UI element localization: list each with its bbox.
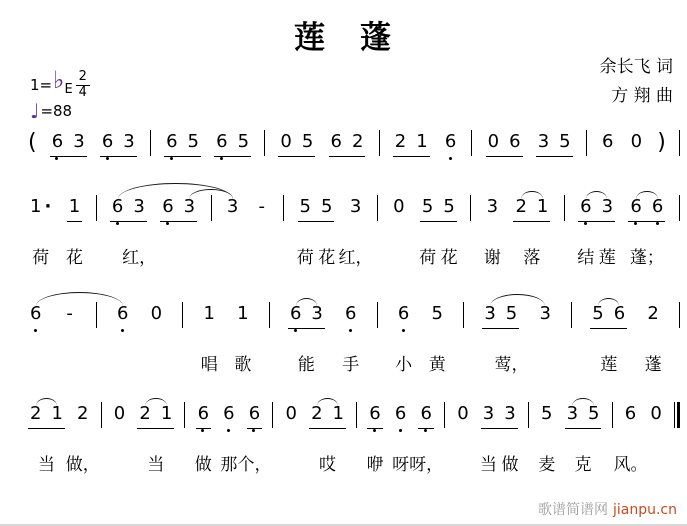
beam-group: 63: [100, 131, 137, 157]
note: 6: [630, 196, 641, 218]
slur-arc: [572, 398, 593, 406]
note: 6: [369, 403, 380, 425]
note: 3: [350, 196, 361, 218]
dash-extension: -: [62, 303, 78, 325]
note: 3: [227, 196, 238, 218]
slur-arc: [490, 294, 545, 306]
note: 6: [331, 131, 342, 153]
beat: 6: [600, 131, 615, 156]
slur-arc: [296, 298, 317, 306]
lyric-syllable: 黄: [429, 350, 446, 375]
note: 6: [30, 303, 41, 325]
lyric-syllable: 小: [395, 350, 412, 375]
beam-group: 21: [513, 196, 550, 222]
beam-group: 63: [288, 303, 325, 329]
note-number: 6: [630, 196, 641, 217]
note-number: 3: [567, 403, 578, 424]
barline: [463, 302, 464, 328]
barline: [564, 195, 565, 221]
note-number: 6: [30, 303, 41, 324]
close-paren: ): [657, 131, 666, 155]
song-title: 莲 蓬: [0, 12, 687, 57]
octave-dot: [106, 157, 109, 160]
slur-arc: [36, 398, 57, 406]
note: 0: [631, 131, 642, 153]
beat: 6: [343, 303, 358, 328]
beam-group: 21: [28, 403, 65, 429]
barline: [679, 302, 680, 328]
note: 2: [647, 303, 658, 325]
beat: 3: [537, 303, 552, 328]
octave-dot: [402, 329, 405, 332]
lyric-syllable: 呀，: [409, 450, 443, 475]
note-number: 3: [227, 196, 238, 217]
beam-group: 56: [590, 303, 627, 329]
score-line-3: 6-601163665353562唱歌能手小黄莺，莲蓬: [28, 303, 680, 374]
note-number: 3: [602, 196, 613, 217]
barline: [272, 402, 273, 428]
note-number: 5: [541, 403, 552, 424]
note: 5: [443, 196, 454, 218]
note: 0: [393, 196, 404, 218]
note-row: 1·163633-5530553216366: [28, 196, 680, 230]
beat: 3: [225, 196, 240, 221]
note: 3: [567, 403, 578, 425]
lyric-syllable: 咿: [366, 450, 383, 475]
beat: 0: [629, 131, 644, 156]
beam-group: 21: [309, 403, 346, 429]
note-number: 6: [580, 196, 591, 217]
note: 6: [420, 403, 431, 425]
lyric-syllable: 做: [501, 450, 518, 475]
note: 6: [52, 131, 63, 153]
barline: [184, 402, 185, 428]
beam-group: 63: [160, 196, 197, 222]
beam-group: 6: [247, 403, 262, 429]
lyric-syllable: 歌: [234, 350, 251, 375]
barline: [674, 402, 675, 428]
lyric-syllable: 做: [195, 450, 212, 475]
note-number: 3: [538, 131, 549, 152]
slur-arc: [36, 292, 123, 306]
octave-dot: [252, 429, 255, 432]
barline: [150, 130, 151, 156]
note-number: 6: [509, 131, 520, 152]
note-number: 1: [333, 403, 344, 424]
barline: [679, 130, 680, 156]
note: 6: [509, 131, 520, 153]
note: 2: [395, 131, 406, 153]
beat: 6: [221, 403, 236, 428]
note: 2: [77, 403, 88, 425]
note: 3: [123, 131, 134, 153]
note: 3: [133, 196, 144, 218]
note-number: 6: [249, 403, 260, 424]
note-number: 6: [614, 303, 625, 324]
note: 6: [395, 403, 406, 425]
note-number: 3: [133, 196, 144, 217]
note-number: 6: [223, 403, 234, 424]
beat: 5: [539, 403, 554, 428]
note: 6: [602, 131, 613, 153]
barline: [571, 302, 572, 328]
note-number: 1: [30, 196, 41, 217]
note-number: 3: [123, 131, 134, 152]
beat: 6: [396, 303, 411, 328]
note-number: 3: [483, 403, 494, 424]
beam-group: 63: [50, 131, 87, 157]
barline: [96, 195, 97, 221]
note-number: 0: [114, 403, 125, 424]
beat: 1: [201, 303, 216, 328]
note-number: 1: [416, 131, 427, 152]
note-number: 6: [345, 303, 356, 324]
barline: [264, 130, 265, 156]
lyric-syllable: 呀: [392, 450, 409, 475]
octave-dot: [373, 429, 376, 432]
note: 5: [321, 196, 332, 218]
note: 0: [285, 403, 296, 425]
note-number: 2: [30, 403, 41, 424]
octave-dot: [121, 329, 124, 332]
note: 2: [139, 403, 150, 425]
note: 1: [333, 403, 344, 425]
note-number: 2: [311, 403, 322, 424]
barline: [586, 130, 587, 156]
note-number: 3: [484, 303, 495, 324]
note-number: 6: [398, 303, 409, 324]
note-number: 1: [237, 303, 248, 324]
lyric-syllable: 莺，: [495, 350, 529, 375]
note-row: 21202166602166603353560: [28, 403, 680, 437]
note: 5: [238, 131, 249, 153]
lyric-syllable: 花: [318, 243, 335, 268]
note: 6: [625, 403, 636, 425]
octave-dot: [166, 222, 169, 225]
beam-group: 1: [67, 196, 82, 222]
note-number: 6: [102, 131, 113, 152]
note: 6: [398, 303, 409, 325]
beat: 6: [623, 403, 638, 428]
barline: [269, 302, 270, 328]
beam-group: 35: [482, 303, 519, 329]
note-number: 2: [647, 303, 658, 324]
note: 5: [422, 196, 433, 218]
note-number: 1: [161, 403, 172, 424]
note: 1: [51, 403, 62, 425]
note: 1: [203, 303, 214, 325]
beam-group: 35: [565, 403, 602, 429]
barline: [379, 130, 380, 156]
note-number: 2: [515, 196, 526, 217]
beat: 5: [430, 303, 445, 328]
lyric-syllable: 蓬: [645, 350, 662, 375]
note-number: 3: [504, 403, 515, 424]
octave-dot: [634, 222, 637, 225]
barline: [283, 195, 284, 221]
note: 1: [69, 196, 80, 218]
note-number: 3: [73, 131, 84, 152]
note: 6: [652, 196, 663, 218]
note: 3: [504, 403, 515, 425]
note: 5: [302, 131, 313, 153]
beam-group: 6: [418, 403, 433, 429]
lyric-syllable: 手: [342, 350, 359, 375]
beam-group: 55: [298, 196, 335, 222]
note: 1: [537, 196, 548, 218]
beam-group: 21: [393, 131, 430, 157]
note: 1·: [30, 196, 51, 218]
key-letter: E: [64, 82, 72, 97]
note-number: 1: [69, 196, 80, 217]
beat: 6: [443, 131, 458, 156]
beam-group: 65: [214, 131, 251, 157]
note: 3: [483, 403, 494, 425]
lyric-syllable: 当: [480, 450, 497, 475]
beam-group: 21: [137, 403, 174, 429]
lyric-syllable: 花: [66, 243, 83, 268]
tempo-marking: ♩ =88: [30, 99, 72, 123]
octave-dot: [227, 429, 230, 432]
octave-dot: [294, 329, 297, 332]
lyric-syllable: 哎: [319, 450, 336, 475]
note: 3: [602, 196, 613, 218]
note: 6: [216, 131, 227, 153]
note: 0: [114, 403, 125, 425]
note: 5: [541, 403, 552, 425]
lyric-syllable: 能: [298, 350, 315, 375]
lyric-syllable: 荷: [419, 243, 436, 268]
note: 6: [117, 303, 128, 325]
lyric-row: 当做，当做那个，哎咿呀呀，当做麦克风。: [28, 450, 680, 474]
augmentation-dot: ·: [44, 196, 51, 217]
note: 5: [559, 131, 570, 153]
beam-group: 55: [420, 196, 457, 222]
beat: 0: [112, 403, 127, 428]
beat: 0: [455, 403, 470, 428]
barline: [528, 402, 529, 428]
meter-numerator: 2: [76, 70, 90, 85]
note-number: 0: [151, 303, 162, 324]
note: 5: [506, 303, 517, 325]
note: 6: [223, 403, 234, 425]
final-barline: [674, 402, 680, 428]
note: 0: [280, 131, 291, 153]
beat: 2: [645, 303, 660, 328]
note-number: 0: [285, 403, 296, 424]
lyric-syllable: 落: [523, 243, 540, 268]
note: 6: [614, 303, 625, 325]
beat: 0: [149, 303, 164, 328]
note: 3: [539, 303, 550, 325]
note: 3: [484, 303, 495, 325]
note-number: 5: [422, 196, 433, 217]
beam-group: 63: [578, 196, 615, 222]
note-number: 3: [350, 196, 361, 217]
note: 3: [538, 131, 549, 153]
lyric-syllable: 那: [220, 450, 237, 475]
note-number: 6: [331, 131, 342, 152]
note: 6: [580, 196, 591, 218]
note: 6: [112, 196, 123, 218]
meter-denominator: 4: [79, 86, 87, 100]
note-row: 6-601163665353562: [28, 303, 680, 337]
note: 0: [488, 131, 499, 153]
note-number: 2: [77, 403, 88, 424]
lyric-syllable: 莲: [599, 243, 616, 268]
note: 2: [30, 403, 41, 425]
octave-dot: [220, 157, 223, 160]
note-number: 2: [395, 131, 406, 152]
note-number: 0: [650, 403, 661, 424]
note-number: 6: [52, 131, 63, 152]
note-number: 0: [280, 131, 291, 152]
note: 6: [249, 403, 260, 425]
beat: 0: [391, 196, 406, 221]
sheet-music-page: 莲 蓬 余长飞 词 方 翔 曲 1= ♭ E 2 4 ♩ =88 (636365…: [0, 0, 687, 526]
note: 6: [290, 303, 301, 325]
note-number: 5: [300, 196, 311, 217]
beam-group: 05: [278, 131, 315, 157]
barline: [470, 195, 471, 221]
lyric-syllable: 莲: [600, 350, 617, 375]
open-paren: (: [28, 131, 37, 155]
key-signature: 1= ♭ E 2 4: [30, 70, 90, 100]
note-number: 0: [393, 196, 404, 217]
note-number: 5: [506, 303, 517, 324]
beam-group: 63: [110, 196, 147, 222]
note: 0: [457, 403, 468, 425]
note-number: 3: [184, 196, 195, 217]
beat: 6: [393, 403, 408, 428]
lyric-syllable: 结: [577, 243, 594, 268]
note-number: 6: [112, 196, 123, 217]
score-line-4: 21202166602166603353560当做，当做那个，哎咿呀呀，当做麦克…: [28, 403, 680, 474]
beat: 1: [235, 303, 250, 328]
note-number: 6: [290, 303, 301, 324]
beam-group: 06: [486, 131, 523, 157]
beam-group: 6: [196, 403, 211, 429]
note-number: 0: [457, 403, 468, 424]
note-number: 2: [352, 131, 363, 152]
note-number: 1: [51, 403, 62, 424]
barline: [677, 402, 680, 428]
lyric-syllable: 花: [441, 243, 458, 268]
note: 6: [198, 403, 209, 425]
beam-group: 66: [628, 196, 665, 222]
note-number: 5: [592, 303, 603, 324]
note: 5: [188, 131, 199, 153]
note: 6: [166, 131, 177, 153]
note: 2: [352, 131, 363, 153]
barline: [612, 402, 613, 428]
octave-dot: [424, 429, 427, 432]
octave-dot: [55, 157, 58, 160]
note-number: 5: [432, 303, 443, 324]
note-number: 6: [369, 403, 380, 424]
note-number: 5: [559, 131, 570, 152]
note-number: 3: [487, 196, 498, 217]
note: 1: [416, 131, 427, 153]
watermark-link[interactable]: jianpu.cn: [613, 502, 677, 518]
octave-dot: [449, 157, 452, 160]
lyric-syllable: 克: [575, 450, 592, 475]
note-number: 1: [203, 303, 214, 324]
slur-arc: [598, 298, 619, 306]
slur-arc: [636, 191, 657, 199]
note: 3: [311, 303, 322, 325]
beat: 6: [115, 303, 130, 328]
note-number: 0: [488, 131, 499, 152]
note: 6: [162, 196, 173, 218]
key-prefix: 1=: [30, 76, 52, 94]
beam-group: 35: [536, 131, 573, 157]
note-number: 5: [188, 131, 199, 152]
note-number: 3: [311, 303, 322, 324]
slur-arc: [145, 398, 166, 406]
note-number: 5: [321, 196, 332, 217]
octave-dot: [349, 329, 352, 332]
barline: [356, 402, 357, 428]
note-number: 2: [139, 403, 150, 424]
octave-dot: [584, 222, 587, 225]
lyric-syllable: 荷: [297, 243, 314, 268]
beat: 3: [348, 196, 363, 221]
octave-dot: [656, 222, 659, 225]
note-number: 6: [198, 403, 209, 424]
beam-group: 62: [329, 131, 366, 157]
beat: 0: [648, 403, 663, 428]
tempo-value: =88: [40, 102, 72, 120]
note-number: 6: [395, 403, 406, 424]
lyric-syllable: 麦: [538, 450, 555, 475]
lyric-syllable: 红，: [122, 243, 156, 268]
lyric-syllable: 风。: [613, 450, 647, 475]
note: 0: [650, 403, 661, 425]
score-line-2: 1·163633-5530553216366荷花红，荷花红，荷花谢落结莲蓬；: [28, 196, 680, 267]
note: 3: [184, 196, 195, 218]
lyric-syllable: 唱: [201, 350, 218, 375]
beat: 1·: [28, 196, 53, 221]
note-number: 5: [302, 131, 313, 152]
note-number: 5: [238, 131, 249, 152]
note: 5: [592, 303, 603, 325]
note-number: 6: [652, 196, 663, 217]
note: 6: [102, 131, 113, 153]
note-number: 3: [539, 303, 550, 324]
beam-group: 65: [164, 131, 201, 157]
lyric-syllable: 当: [38, 450, 55, 475]
beat: 6: [28, 303, 43, 328]
note-number: 5: [443, 196, 454, 217]
lyric-row: 荷花红，荷花红，荷花谢落结莲蓬；: [28, 243, 680, 267]
note: 3: [487, 196, 498, 218]
time-signature: 2 4: [76, 70, 90, 100]
barline: [377, 302, 378, 328]
beat: 2: [75, 403, 90, 428]
note-number: 1: [537, 196, 548, 217]
octave-dot: [201, 429, 204, 432]
barline: [471, 130, 472, 156]
note-number: 6: [117, 303, 128, 324]
lyric-syllable: 谢: [484, 243, 501, 268]
lyric-syllable: 蓬；: [630, 243, 664, 268]
note-number: 0: [631, 131, 642, 152]
note: 6: [345, 303, 356, 325]
note: 1: [161, 403, 172, 425]
beat: 0: [283, 403, 298, 428]
dash-extension: -: [254, 196, 270, 218]
